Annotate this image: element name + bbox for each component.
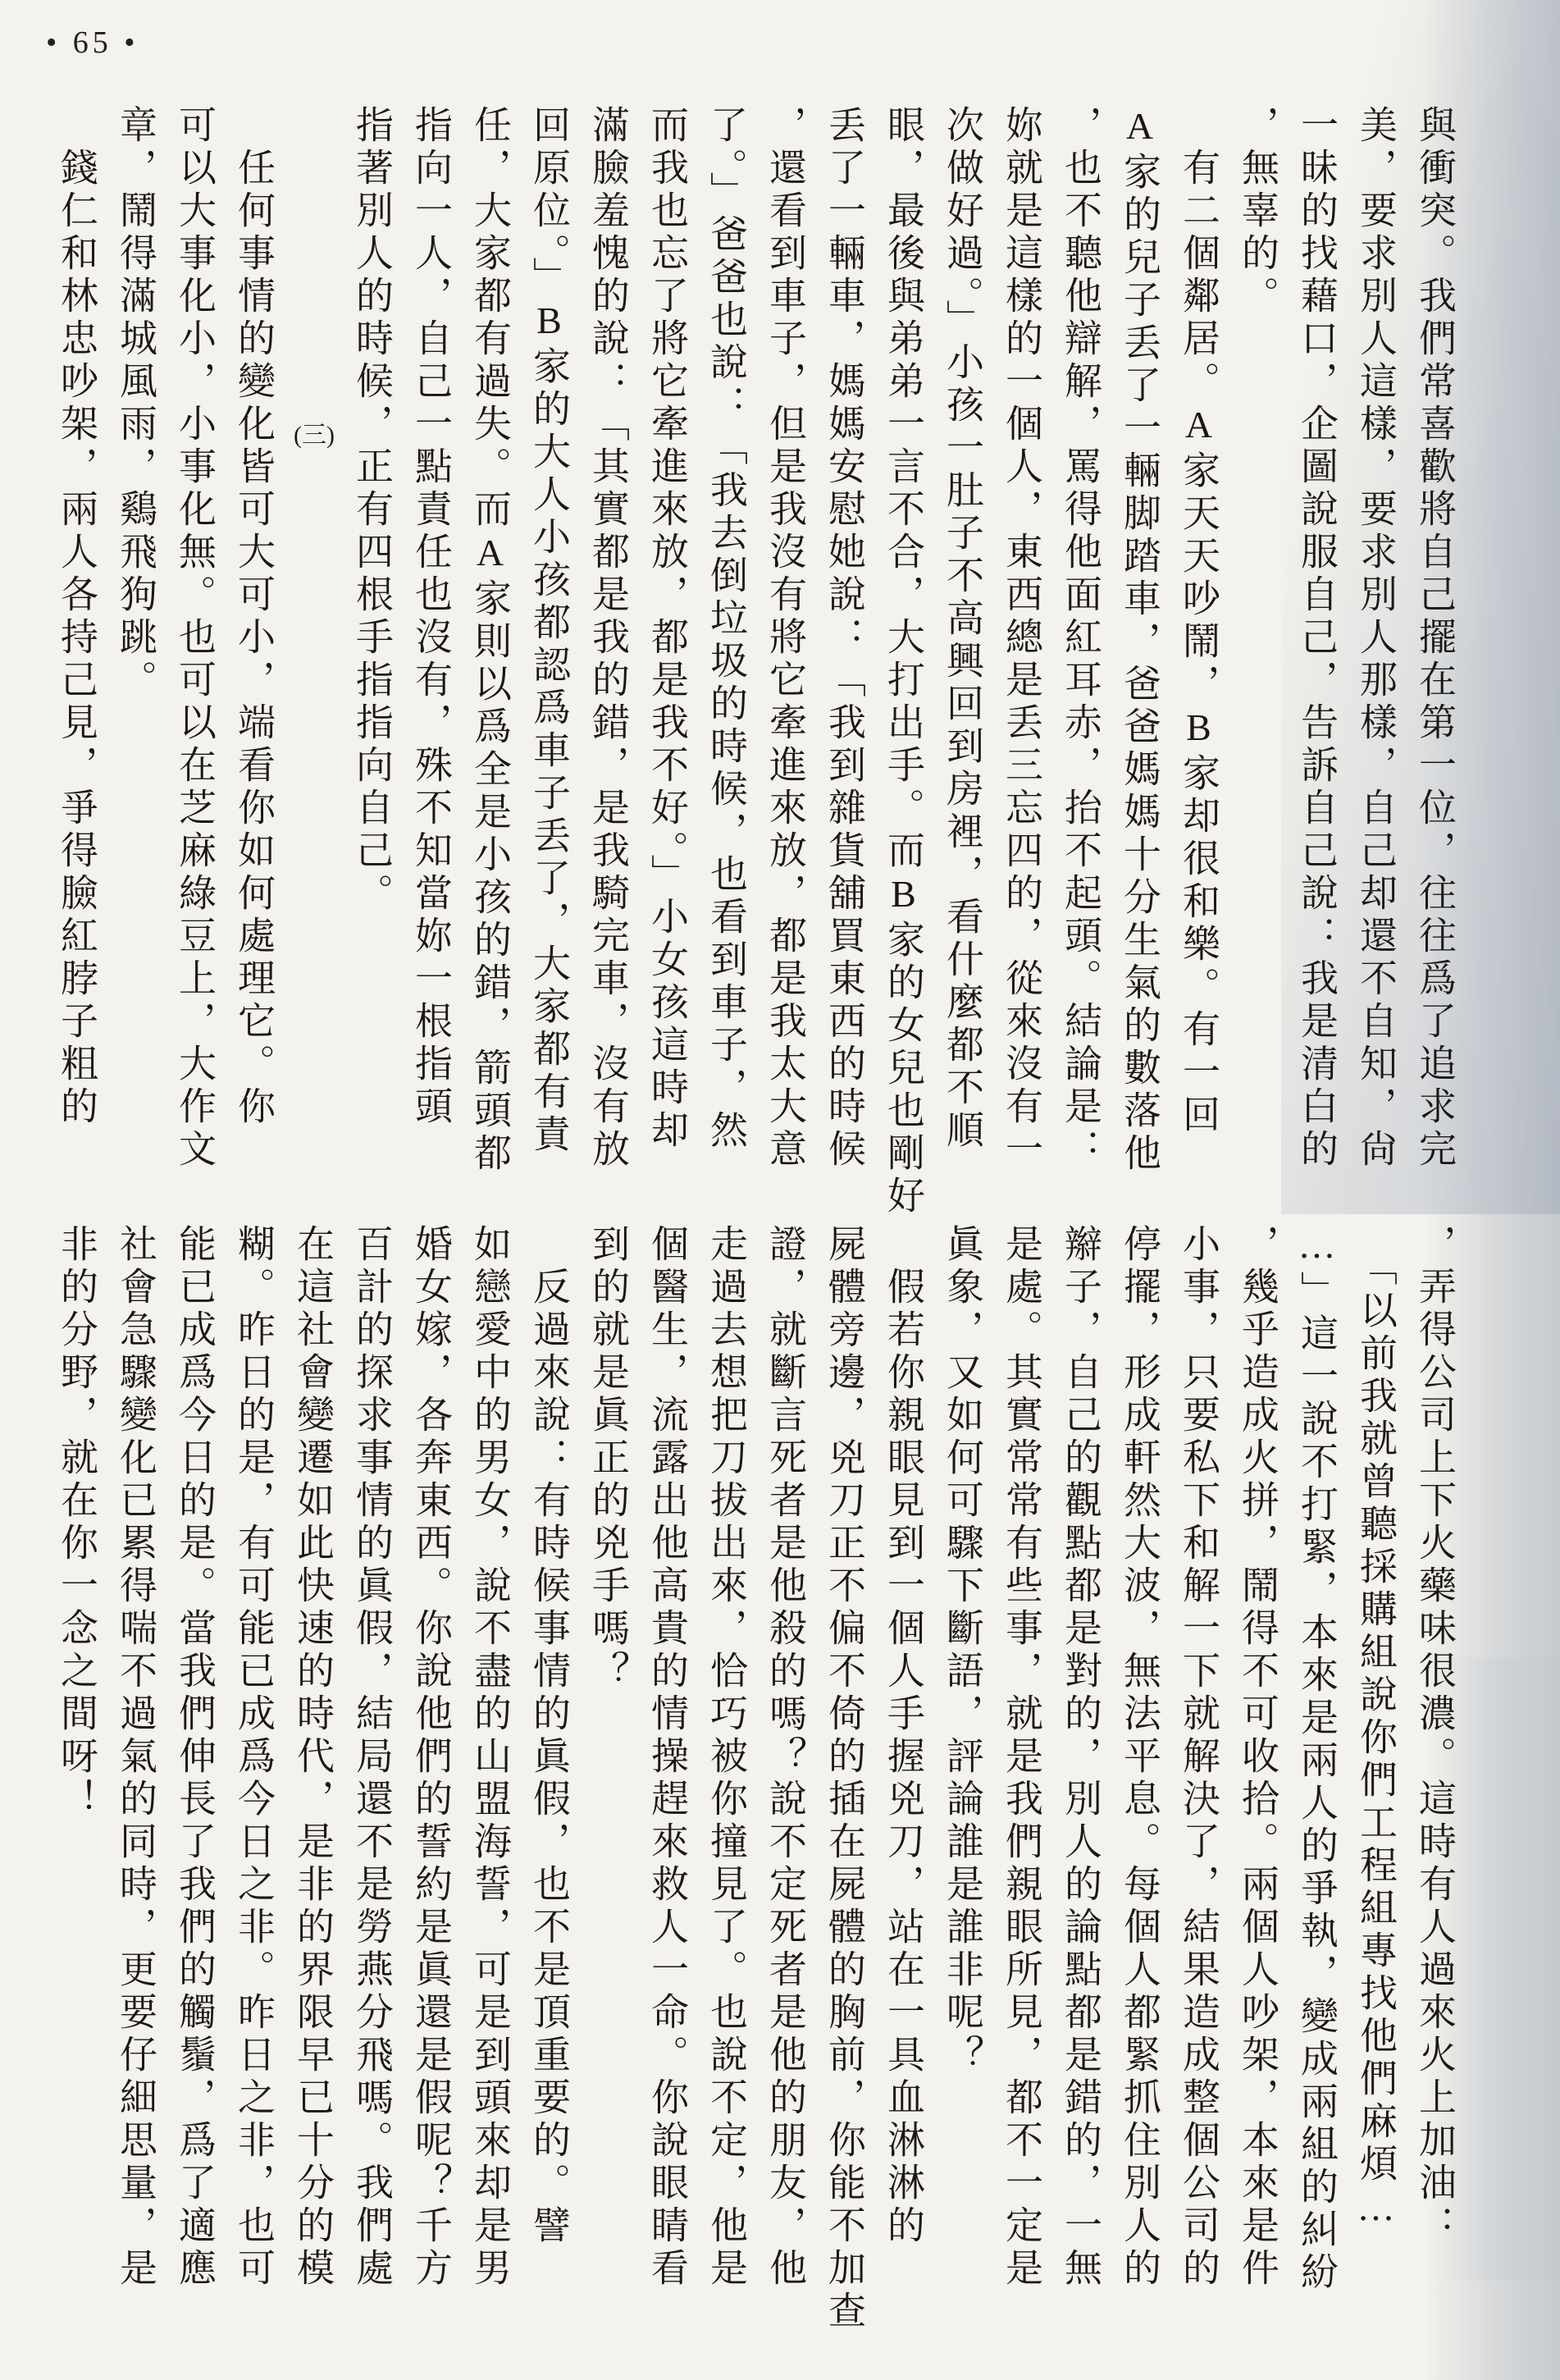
- text-column: ，也不聽他辯解，罵得他面紅耳赤，抬不起頭。結論是：: [1061, 105, 1099, 1208]
- text-column: 小事，只要私下和解一下就解決了，結果造成整個公司的: [1179, 1224, 1217, 2373]
- text-column: 有二個鄰居。A家天天吵鬧，B家却很和樂。有一回: [1179, 105, 1217, 1208]
- text-column: 停擺，形成軒然大波，無法平息。每個人都緊抓住別人的: [1120, 1224, 1158, 2373]
- text-column: ，還看到車子，但是我沒有將它牽進來放，都是我太大意: [766, 105, 804, 1208]
- text-column: 次做好過。」小孩一肚子不高興回到房裡，看什麼都不順: [943, 105, 981, 1208]
- text-column: 糊。昨日的是，有可能已成爲今日之非。昨日之非，也可: [235, 1224, 272, 2373]
- section-marker: (三): [294, 105, 331, 1208]
- text-column: 走過去想把刀拔出來，恰巧被你撞見了。也說不定，他是: [707, 1224, 745, 2373]
- text-column: 眞象，又如何可驟下斷語，評論誰是誰非呢？: [943, 1224, 981, 2373]
- text-column: 如戀愛中的男女，說不盡的山盟海誓，可是到頭來却是男: [471, 1224, 509, 2373]
- text-column: 眼，最後與弟弟一言不合，大打出手。而B家的女兒也剛好: [884, 105, 922, 1208]
- text-column: 婚女嫁，各奔東西。你說他們的誓約是眞還是假呢？千方: [412, 1224, 449, 2373]
- text-column: ，幾乎造成火拼，鬧得不可收拾。兩個人吵架，本來是件: [1238, 1224, 1276, 2373]
- text-column: 任何事情的變化皆可大可小，端看你如何處理它。你: [235, 105, 272, 1208]
- text-column: 美，要求別人這樣，要求別人那樣，自己却還不自知，尙: [1357, 105, 1394, 1208]
- text-column: 個醫生，流露出他高貴的情操趕來救人一命。你說眼睛看: [648, 1224, 686, 2373]
- text-column: 社會急驟變化已累得喘不過氣的同時，更要仔細思量，是: [116, 1224, 154, 2373]
- text-column: 了。」爸爸也說：「我去倒垃圾的時候，也看到車子，然: [707, 105, 745, 1208]
- text-column: 一昧的找藉口，企圖說服自己，告訴自己說：我是清白的: [1298, 105, 1335, 1208]
- text-column: 回原位。」B家的大人小孩都認爲車子丢了，大家都有責: [530, 105, 568, 1208]
- text-column: 假若你親眼見到一個人手握兇刀，站在一具血淋淋的: [884, 1224, 922, 2373]
- text-column: …」這一說不打緊，本來是兩人的爭執，變成兩組的糾紛: [1298, 1224, 1335, 2373]
- text-column: 妳就是這樣的一個人，東西總是丢三忘四的，從來沒有一: [1002, 105, 1040, 1208]
- text-column: 與衝突。我們常喜歡將自己擺在第一位，往往爲了追求完: [1416, 105, 1453, 1208]
- text-column: 章，鬧得滿城風雨，鷄飛狗跳。: [116, 105, 154, 1208]
- text-column: 非的分野，就在你一念之間呀！: [57, 1224, 95, 2373]
- text-column: 能已成爲今日的是。當我們伸長了我們的觸鬚，爲了適應: [176, 1224, 213, 2373]
- text-column: 到的就是眞正的兇手嗎？: [589, 1224, 627, 2373]
- text-column: 百計的探求事情的眞假，結局還不是勞燕分飛嗎。我們處: [353, 1224, 390, 2373]
- text-column: A家的兒子丢了一輛脚踏車，爸爸媽媽十分生氣的數落他: [1120, 105, 1158, 1208]
- text-column: 反過來說：有時候事情的眞假，也不是頂重要的。譬: [530, 1224, 568, 2373]
- text-column: ，弄得公司上下火藥味很濃。這時有人過來火上加油：: [1416, 1224, 1453, 2373]
- top-text-block: 與衝突。我們常喜歡將自己擺在第一位，往往爲了追求完美，要求別人這樣，要求別人那樣…: [57, 105, 1453, 1208]
- text-column: 是處。其實常常有些事，就是我們親眼所見，都不一定是: [1002, 1224, 1040, 2373]
- text-column: 「以前我就曾聽採購組說你們工程組專找他們麻煩…: [1357, 1224, 1394, 2373]
- text-column: 證，就斷言死者是他殺的嗎？說不定死者是他的朋友，他: [766, 1224, 804, 2373]
- page-number: • 65 •: [46, 23, 139, 62]
- scanned-book-page: • 65 • 與衝突。我們常喜歡將自己擺在第一位，往往爲了追求完美，要求別人這樣…: [0, 0, 1560, 2380]
- text-column: 在這社會變遷如此快速的時代，是非的界限早已十分的模: [294, 1224, 331, 2373]
- text-column: 任，大家都有過失。而A家則以爲全是小孩的錯，箭頭都: [471, 105, 509, 1208]
- text-column: 指著別人的時候，正有四根手指指向自己。: [353, 105, 390, 1208]
- text-column: ，無辜的。: [1238, 105, 1276, 1208]
- text-column: 可以大事化小，小事化無。也可以在芝麻綠豆上，大作文: [176, 105, 213, 1208]
- text-column: 丢了一輛車，媽媽安慰她說：「我到雜貨舖買東西的時候: [825, 105, 863, 1208]
- text-column: 滿臉羞愧的說：「其實都是我的錯，是我騎完車，沒有放: [589, 105, 627, 1208]
- text-column: 辮子，自己的觀點都是對的，別人的論點都是錯的，一無: [1061, 1224, 1099, 2373]
- text-column: 屍體旁邊，兇刀正不偏不倚的插在屍體的胸前，你能不加查: [825, 1224, 863, 2373]
- text-column: 指向一人，自己一點責任也沒有，殊不知當妳一根指頭: [412, 105, 449, 1208]
- text-column: 而我也忘了將它牽進來放，都是我不好。」小女孩這時却: [648, 105, 686, 1208]
- bottom-text-block: ，弄得公司上下火藥味很濃。這時有人過來火上加油： 「以前我就曾聽採購組說你們工程…: [57, 1224, 1453, 2373]
- text-column: 錢仁和林忠吵架，兩人各持己見，爭得臉紅脖子粗的: [57, 105, 95, 1208]
